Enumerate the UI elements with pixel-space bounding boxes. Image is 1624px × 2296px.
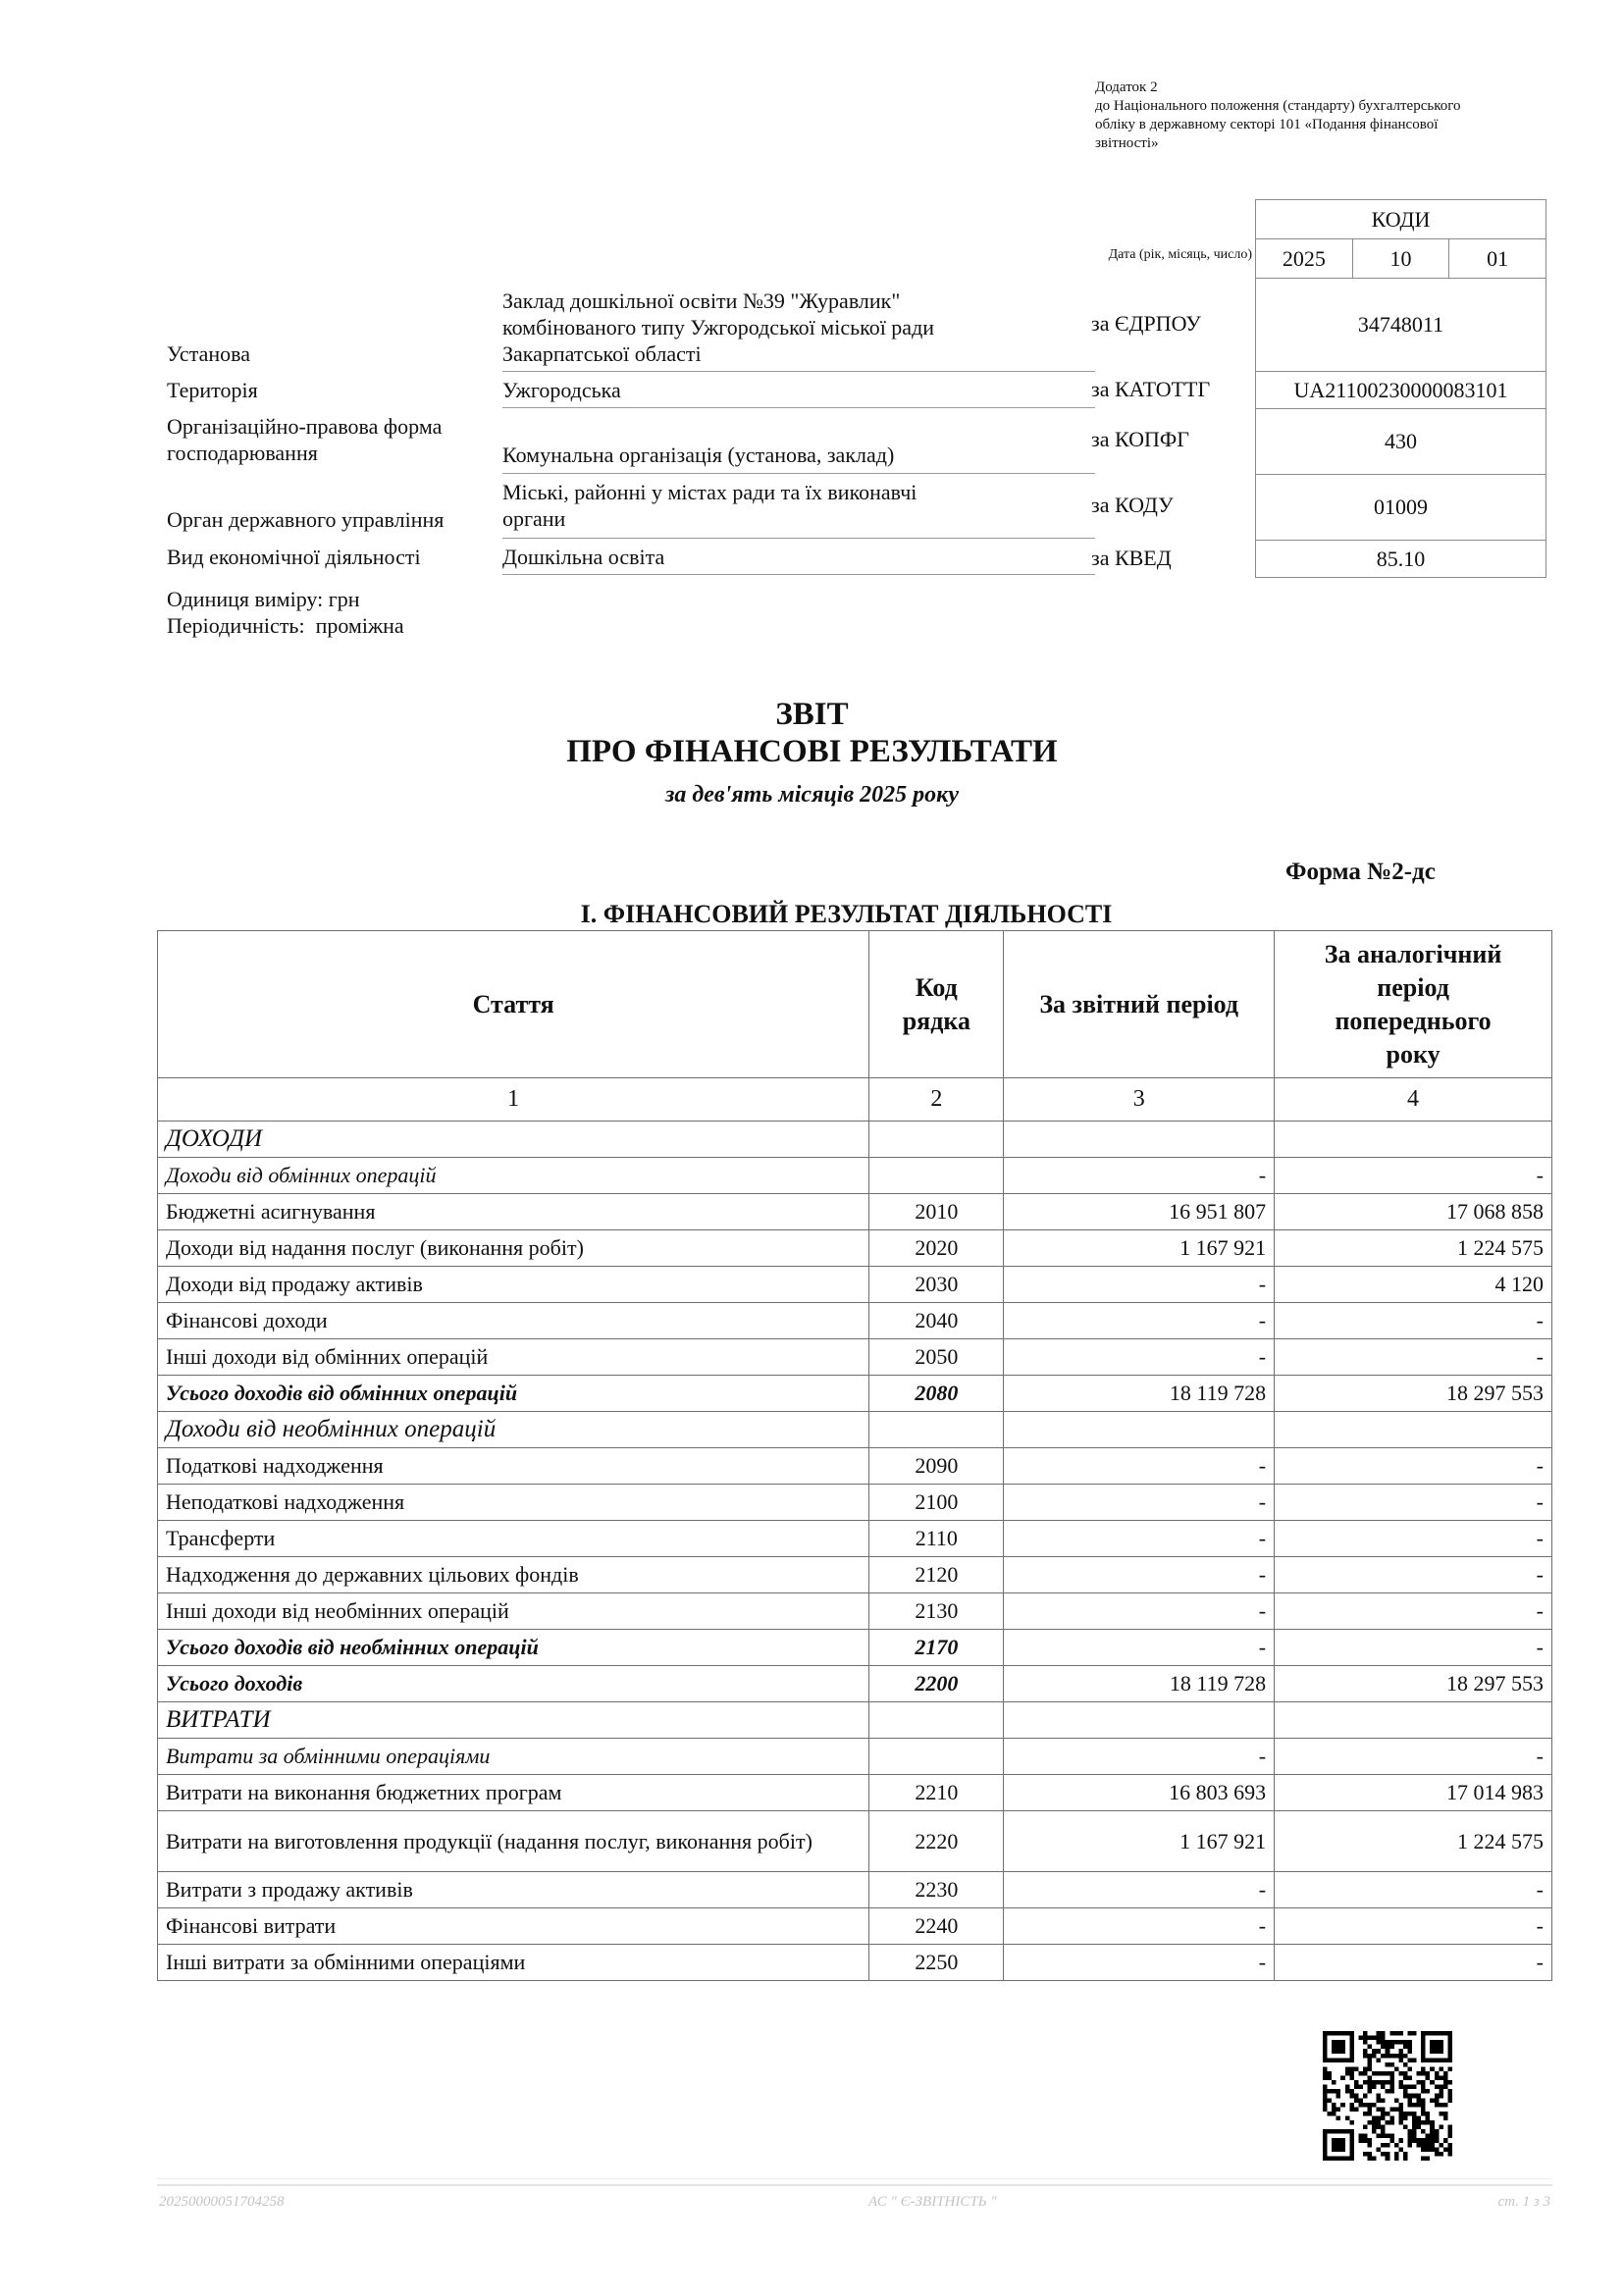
row-label: Усього доходів [158,1666,869,1702]
row-current-value: 1 167 921 [1004,1230,1275,1267]
system-name: АС " Є-ЗВІТНІСТЬ " [868,2194,997,2211]
legal-form-label: Організаційно-правова форма господарюван… [167,413,442,466]
column-number-2: 2 [869,1078,1004,1122]
row-label: Витрати з продажу активів [158,1872,869,1908]
divider [502,407,1083,408]
row-previous-value: - [1275,1521,1552,1557]
header-prev-line-3: попереднього [1283,1005,1544,1038]
row-label: Інші доходи від обмінних операцій [158,1339,869,1376]
report-title: ЗВІТ [0,697,1624,733]
institution-line-1: Заклад дошкільної освіти №39 "Журавлик" [502,287,1083,314]
table-row: Витрати з продажу активів2230-- [158,1872,1552,1908]
row-label: Інші доходи від необмінних операцій [158,1593,869,1630]
form-number: Форма №2-дс [1285,859,1436,886]
row-label: ДОХОДИ [158,1122,869,1158]
divider [1083,371,1095,372]
table-row: Надходження до державних цільових фондів… [158,1557,1552,1593]
legal-form-label-line-2: господарювання [167,440,442,466]
table-row: Трансферти2110-- [158,1521,1552,1557]
row-previous-value: - [1275,1908,1552,1945]
row-previous-value: - [1275,1872,1552,1908]
row-label: Фінансові витрати [158,1908,869,1945]
divider [1083,538,1095,539]
row-code: 2010 [869,1194,1004,1230]
table-row: Доходи від продажу активів2030-4 120 [158,1267,1552,1303]
row-current-value: 18 119 728 [1004,1376,1275,1412]
header-code-line-2: рядка [877,1005,995,1038]
row-code: 2240 [869,1908,1004,1945]
table-row: Доходи від обмінних операцій-- [158,1158,1552,1194]
row-current-value: - [1004,1593,1275,1630]
divider [502,473,1083,474]
edrpou-value: 34748011 [1256,279,1546,372]
appendix-line-2: до Національного положення (стандарту) б… [1095,97,1546,116]
row-previous-value [1275,1122,1552,1158]
row-code [869,1739,1004,1775]
row-label: Інші витрати за обмінними операціями [158,1945,869,1981]
authority-line-1: Міські, районні у містах ради та їх вико… [502,479,1083,505]
row-current-value: - [1004,1908,1275,1945]
row-code: 2050 [869,1339,1004,1376]
footer-divider [157,2184,1552,2186]
row-current-value: - [1004,1739,1275,1775]
row-label: Трансферти [158,1521,869,1557]
row-current-value: - [1004,1339,1275,1376]
table-row: Витрати на виготовлення продукції (надан… [158,1811,1552,1872]
table-row: Доходи від надання послуг (виконання роб… [158,1230,1552,1267]
divider [1083,574,1095,575]
column-number-3: 3 [1004,1078,1275,1122]
kved-label: за КВЕД [1091,546,1172,571]
row-previous-value: 4 120 [1275,1267,1552,1303]
header-code-line-1: Код [877,971,995,1005]
activity-value: Дошкільна освіта [502,544,1083,570]
appendix-line-4: звітності» [1095,134,1546,153]
table-row: Усього доходів220018 119 72818 297 553 [158,1666,1552,1702]
row-current-value: 18 119 728 [1004,1666,1275,1702]
row-previous-value: - [1275,1739,1552,1775]
katottg-label: за КАТОТТГ [1091,377,1210,402]
qr-code-icon [1323,2031,1452,2161]
row-code: 2200 [869,1666,1004,1702]
row-previous-value: - [1275,1448,1552,1485]
authority-value: Міські, районні у містах ради та їх вико… [502,479,1083,532]
row-code [869,1158,1004,1194]
column-number-4: 4 [1275,1078,1552,1122]
row-code: 2130 [869,1593,1004,1630]
row-previous-value: 1 224 575 [1275,1811,1552,1872]
row-current-value [1004,1702,1275,1739]
authority-line-2: органи [502,505,1083,532]
document-id: 20250000051704258 [159,2194,285,2211]
row-current-value: 1 167 921 [1004,1811,1275,1872]
institution-label: Установа [167,340,250,367]
unit-of-measure: Одиниця виміру: грн [167,586,360,612]
row-current-value: - [1004,1945,1275,1981]
divider [502,574,1083,575]
table-row: ВИТРАТИ [158,1702,1552,1739]
row-code [869,1122,1004,1158]
date-year: 2025 [1256,239,1353,279]
institution-value: Заклад дошкільної освіти №39 "Журавлик" … [502,287,1083,367]
row-code: 2210 [869,1775,1004,1811]
row-label: Витрати на виготовлення продукції (надан… [158,1811,869,1872]
header-code: Код рядка [869,931,1004,1078]
codes-header: КОДИ [1256,200,1546,239]
date-label: Дата (рік, місяць, число) [1060,247,1252,263]
table-row: Бюджетні асигнування201016 951 80717 068… [158,1194,1552,1230]
row-previous-value: - [1275,1158,1552,1194]
row-current-value: - [1004,1267,1275,1303]
date-month: 10 [1352,239,1449,279]
section-title: І. ФІНАНСОВИЙ РЕЗУЛЬТАТ ДІЯЛЬНОСТІ [0,900,1624,929]
row-previous-value: 17 068 858 [1275,1194,1552,1230]
row-label: ВИТРАТИ [158,1702,869,1739]
row-previous-value: - [1275,1303,1552,1339]
table-row: Інші витрати за обмінними операціями2250… [158,1945,1552,1981]
row-code: 2230 [869,1872,1004,1908]
header-prev-line-1: За аналогічний [1283,938,1544,971]
row-current-value [1004,1122,1275,1158]
table-row: ДОХОДИ [158,1122,1552,1158]
row-previous-value: 18 297 553 [1275,1376,1552,1412]
table-row: Фінансові витрати2240-- [158,1908,1552,1945]
row-label: Доходи від обмінних операцій [158,1158,869,1194]
table-row: Доходи від необмінних операцій [158,1412,1552,1448]
row-label: Фінансові доходи [158,1303,869,1339]
institution-line-3: Закарпатської області [502,340,1083,367]
kodu-value: 01009 [1256,475,1546,541]
kopfg-label: за КОПФГ [1091,427,1189,452]
row-code: 2080 [869,1376,1004,1412]
row-previous-value [1275,1412,1552,1448]
appendix-line-1: Додаток 2 [1095,78,1546,97]
row-previous-value: - [1275,1557,1552,1593]
header-previous-period: За аналогічний період попереднього року [1275,931,1552,1078]
row-label: Податкові надходження [158,1448,869,1485]
footer-divider [157,2178,1552,2179]
table-row: Витрати за обмінними операціями-- [158,1739,1552,1775]
row-code: 2090 [869,1448,1004,1485]
row-current-value: - [1004,1448,1275,1485]
row-code: 2030 [869,1267,1004,1303]
row-previous-value: - [1275,1593,1552,1630]
row-current-value: - [1004,1872,1275,1908]
row-label: Усього доходів від необмінних операцій [158,1630,869,1666]
row-code [869,1702,1004,1739]
row-code: 2040 [869,1303,1004,1339]
row-previous-value: 18 297 553 [1275,1666,1552,1702]
row-previous-value: - [1275,1339,1552,1376]
row-label: Доходи від продажу активів [158,1267,869,1303]
row-current-value: - [1004,1630,1275,1666]
row-code: 2120 [869,1557,1004,1593]
appendix-note: Додаток 2 до Національного положення (ст… [1095,78,1546,153]
kopfg-value: 430 [1256,409,1546,475]
row-code: 2250 [869,1945,1004,1981]
periodicity: Періодичність: проміжна [167,612,404,639]
header-current-period: За звітний період [1004,931,1275,1078]
row-label: Витрати за обмінними операціями [158,1739,869,1775]
table-row: Фінансові доходи2040-- [158,1303,1552,1339]
column-number-1: 1 [158,1078,869,1122]
row-current-value: - [1004,1485,1275,1521]
row-code [869,1412,1004,1448]
table-row: Інші доходи від необмінних операцій2130-… [158,1593,1552,1630]
table-row: Витрати на виконання бюджетних програм22… [158,1775,1552,1811]
date-day: 01 [1449,239,1546,279]
kodu-label: за КОДУ [1091,493,1174,518]
row-current-value: - [1004,1303,1275,1339]
row-code: 2100 [869,1485,1004,1521]
divider [502,538,1083,539]
row-code: 2110 [869,1521,1004,1557]
header-prev-line-2: період [1283,971,1544,1005]
activity-label: Вид економічної діяльності [167,544,421,570]
legal-form-value: Комунальна організація (установа, заклад… [502,442,1083,468]
report-subtitle: ПРО ФІНАНСОВІ РЕЗУЛЬТАТИ [0,734,1624,770]
row-current-value: - [1004,1557,1275,1593]
divider [1083,473,1095,474]
row-label: Витрати на виконання бюджетних програм [158,1775,869,1811]
row-previous-value: - [1275,1945,1552,1981]
row-current-value: 16 951 807 [1004,1194,1275,1230]
appendix-line-3: обліку в державному секторі 101 «Подання… [1095,116,1546,134]
row-current-value: 16 803 693 [1004,1775,1275,1811]
authority-label: Орган державного управління [167,506,444,533]
legal-form-label-line-1: Організаційно-правова форма [167,413,442,440]
row-label: Надходження до державних цільових фондів [158,1557,869,1593]
table-row: Усього доходів від обмінних операцій2080… [158,1376,1552,1412]
header-article: Стаття [158,931,869,1078]
row-code: 2170 [869,1630,1004,1666]
codes-table: КОДИ 2025 10 01 34748011 UA2110023000008… [1255,199,1546,578]
row-label: Бюджетні асигнування [158,1194,869,1230]
table-row: Неподаткові надходження2100-- [158,1485,1552,1521]
table-row: Усього доходів від необмінних операцій21… [158,1630,1552,1666]
row-previous-value: 1 224 575 [1275,1230,1552,1267]
row-label: Усього доходів від обмінних операцій [158,1376,869,1412]
row-label: Доходи від надання послуг (виконання роб… [158,1230,869,1267]
row-previous-value: 17 014 983 [1275,1775,1552,1811]
header-prev-line-4: року [1283,1038,1544,1071]
row-previous-value [1275,1702,1552,1739]
institution-line-2: комбінованого типу Ужгородської міської … [502,314,1083,340]
kved-value: 85.10 [1256,541,1546,578]
row-code: 2020 [869,1230,1004,1267]
page-number: ст. 1 з 3 [1452,2194,1550,2211]
divider [502,371,1083,372]
row-label: Неподаткові надходження [158,1485,869,1521]
row-current-value: - [1004,1521,1275,1557]
edrpou-label: за ЄДРПОУ [1091,311,1201,337]
row-current-value: - [1004,1158,1275,1194]
table-row: Інші доходи від обмінних операцій2050-- [158,1339,1552,1376]
territory-label: Територія [167,377,258,403]
territory-value: Ужгородська [502,377,1083,403]
row-label: Доходи від необмінних операцій [158,1412,869,1448]
divider [1083,407,1095,408]
report-period: за дев'ять місяців 2025 року [0,782,1624,809]
row-code: 2220 [869,1811,1004,1872]
row-previous-value: - [1275,1630,1552,1666]
row-previous-value: - [1275,1485,1552,1521]
financial-results-table: Стаття Код рядка За звітний період За ан… [157,930,1552,1981]
row-current-value [1004,1412,1275,1448]
katottg-value: UA21100230000083101 [1256,372,1546,409]
table-row: Податкові надходження2090-- [158,1448,1552,1485]
